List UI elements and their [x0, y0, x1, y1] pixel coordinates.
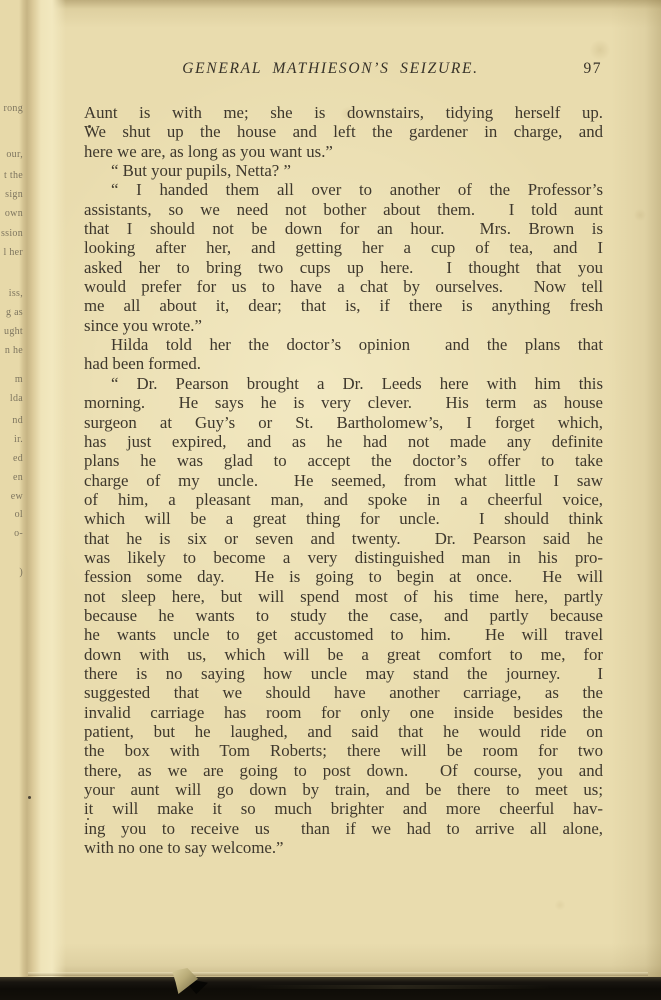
margin-fragment: our, — [0, 150, 23, 160]
margin-fragment: ol — [0, 510, 23, 520]
text-line: fession some day. He is going to begin a… — [84, 567, 603, 586]
text-line: suggested that we should have another ca… — [84, 683, 603, 702]
text-line: had been formed. — [84, 354, 603, 373]
text-line: with no one to say welcome.” — [84, 838, 603, 857]
text-line: me all about it, dear; that is, if there… — [84, 296, 603, 315]
text-line: Hilda told her the doctor’s opinion and … — [84, 335, 603, 354]
text-line: “ But your pupils, Netta? ” — [84, 161, 603, 180]
page-bottom-edge-highlight — [28, 972, 648, 976]
text-line: invalid carriage has room for only one i… — [84, 703, 603, 722]
text-line: assistants, so we need not bother about … — [84, 200, 603, 219]
margin-fragment: iss, — [0, 289, 23, 299]
text-line: plans he was glad to accept the doctor’s… — [84, 451, 603, 470]
page-gutter-fold — [0, 0, 66, 979]
text-line: it will make it so much brighter and mor… — [84, 799, 603, 818]
text-line: down with us, which will be a great comf… — [84, 645, 603, 664]
margin-fragment: m — [0, 375, 23, 385]
book-page-photo: rongour,t thesignownssionl heriss,g asug… — [0, 0, 661, 1000]
margin-fragment: en — [0, 473, 23, 483]
margin-fragment: ed — [0, 454, 23, 464]
text-line: since you wrote.” — [84, 316, 603, 335]
ink-speck — [88, 125, 91, 128]
margin-fragment: own — [0, 209, 23, 219]
text-line: of him, a pleasant man, and spoke in a c… — [84, 490, 603, 509]
page-surface: rongour,t thesignownssionl heriss,g asug… — [0, 0, 661, 979]
text-line: “ I handed them all over to another of t… — [84, 180, 603, 199]
text-line: was likely to become a very distinguishe… — [84, 548, 603, 567]
text-line: Aunt is with me; she is downstairs, tidy… — [84, 103, 603, 122]
text-line: patient, but he laughed, and said that h… — [84, 722, 603, 741]
running-header-title: GENERAL MATHIESON’S SEIZURE. — [84, 60, 577, 78]
text-line: there, as we are going to post down. Of … — [84, 761, 603, 780]
text-line: that I should not be down for an hour. M… — [84, 219, 603, 238]
margin-fragment: rong — [0, 104, 23, 114]
margin-fragment: nd — [0, 416, 23, 426]
text-line: morning. He says he is very clever. His … — [84, 393, 603, 412]
desk-sheen — [250, 985, 550, 989]
text-line: here we are, as long as you want us.” — [84, 142, 603, 161]
text-line: he wants uncle to get accustomed to him.… — [84, 625, 603, 644]
margin-fragment: ir. — [0, 435, 23, 445]
margin-fragment: l her — [0, 248, 23, 258]
margin-fragment: ) — [0, 568, 23, 578]
text-line: ing you to receive us than if we had to … — [84, 819, 603, 838]
text-line: the box with Tom Roberts; there will be … — [84, 741, 603, 760]
body-text: Aunt is with me; she is downstairs, tidy… — [84, 103, 603, 857]
text-line: We shut up the house and left the garden… — [84, 122, 603, 141]
margin-fragment: ssion — [0, 229, 23, 239]
margin-fragment: n he — [0, 346, 23, 356]
text-line: which will be a great thing for uncle. I… — [84, 509, 603, 528]
text-line: has just expired, and as he had not made… — [84, 432, 603, 451]
margin-fragment: t the — [0, 171, 23, 181]
margin-fragment: lda — [0, 394, 23, 404]
text-line: charge of my uncle. He seemed, from what… — [84, 471, 603, 490]
margin-fragment: ew — [0, 492, 23, 502]
margin-fragment: g as — [0, 308, 23, 318]
margin-fragment: ught — [0, 327, 23, 337]
text-line: your aunt will go down by train, and be … — [84, 780, 603, 799]
margin-fragment: o- — [0, 529, 23, 539]
ink-speck — [87, 818, 89, 820]
text-line: surgeon at Guy’s or St. Bartholomew’s, I… — [84, 413, 603, 432]
page-number: 97 — [584, 60, 603, 78]
text-line: “ Dr. Pearson brought a Dr. Leeds here w… — [84, 374, 603, 393]
text-line: there is no saying how uncle may stand t… — [84, 664, 603, 683]
text-line: would prefer for us to have a chat by ou… — [84, 277, 603, 296]
ink-speck — [28, 796, 31, 799]
text-line: asked her to bring two cups up here. I t… — [84, 258, 603, 277]
page-header: GENERAL MATHIESON’S SEIZURE. 97 — [84, 60, 603, 82]
text-line: looking after her, and getting her a cup… — [84, 238, 603, 257]
margin-fragment: sign — [0, 190, 23, 200]
text-line: not sleep here, but will spend most of h… — [84, 587, 603, 606]
text-line: that he is six or seven and twenty. Dr. … — [84, 529, 603, 548]
text-line: because he wants to study the case, and … — [84, 606, 603, 625]
